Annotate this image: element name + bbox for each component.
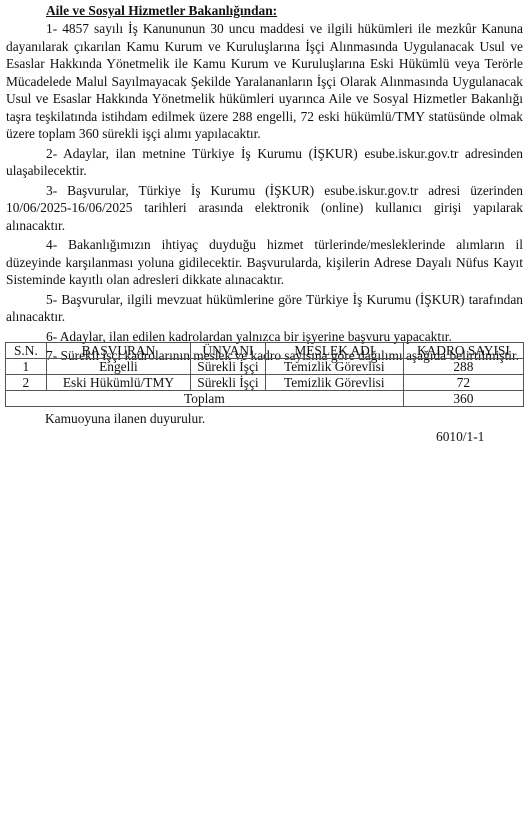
cell-meslek-adi: Temizlik Görevlisi	[265, 359, 403, 375]
ministry-heading: Aile ve Sosyal Hizmetler Bakanlığından:	[46, 2, 523, 20]
reference-number: 6010/1-1	[436, 428, 484, 445]
staff-distribution-table: S.N. BAŞVURAN ÜNVANI MESLEK ADI KADRO SA…	[5, 342, 524, 407]
table-row: 2 Eski Hükümlü/TMY Sürekli İşçi Temizlik…	[6, 375, 524, 391]
header-meslek-adi: MESLEK ADI	[265, 343, 403, 359]
table-header-row: S.N. BAŞVURAN ÜNVANI MESLEK ADI KADRO SA…	[6, 343, 524, 359]
cell-sn: 2	[6, 375, 47, 391]
cell-unvani: Sürekli İşçi	[191, 375, 266, 391]
paragraph-1: 1- 4857 sayılı İş Kanununun 30 uncu madd…	[6, 20, 523, 143]
table-row: 1 Engelli Sürekli İşçi Temizlik Görevlis…	[6, 359, 524, 375]
cell-basvuran: Engelli	[46, 359, 190, 375]
total-value: 360	[403, 391, 523, 407]
announcement-document: Aile ve Sosyal Hizmetler Bakanlığından: …	[6, 2, 523, 365]
cell-basvuran: Eski Hükümlü/TMY	[46, 375, 190, 391]
paragraph-3: 3- Başvurular, Türkiye İş Kurumu (İŞKUR)…	[6, 182, 523, 235]
paragraph-4: 4- Bakanlığımızın ihtiyaç duyduğu hizmet…	[6, 236, 523, 289]
cell-meslek-adi: Temizlik Görevlisi	[265, 375, 403, 391]
header-basvuran: BAŞVURAN	[46, 343, 190, 359]
cell-kadro-sayisi: 72	[403, 375, 523, 391]
table-total-row: Toplam 360	[6, 391, 524, 407]
cell-kadro-sayisi: 288	[403, 359, 523, 375]
cell-unvani: Sürekli İşçi	[191, 359, 266, 375]
header-kadro-sayisi: KADRO SAYISI	[403, 343, 523, 359]
header-unvani: ÜNVANI	[191, 343, 266, 359]
closing-statement: Kamuoyuna ilanen duyurulur.	[45, 410, 205, 427]
total-label: Toplam	[6, 391, 404, 407]
paragraph-5: 5- Başvurular, ilgili mevzuat hükümlerin…	[6, 291, 523, 326]
cell-sn: 1	[6, 359, 47, 375]
header-sn: S.N.	[6, 343, 47, 359]
paragraph-2: 2- Adaylar, ilan metnine Türkiye İş Kuru…	[6, 145, 523, 180]
